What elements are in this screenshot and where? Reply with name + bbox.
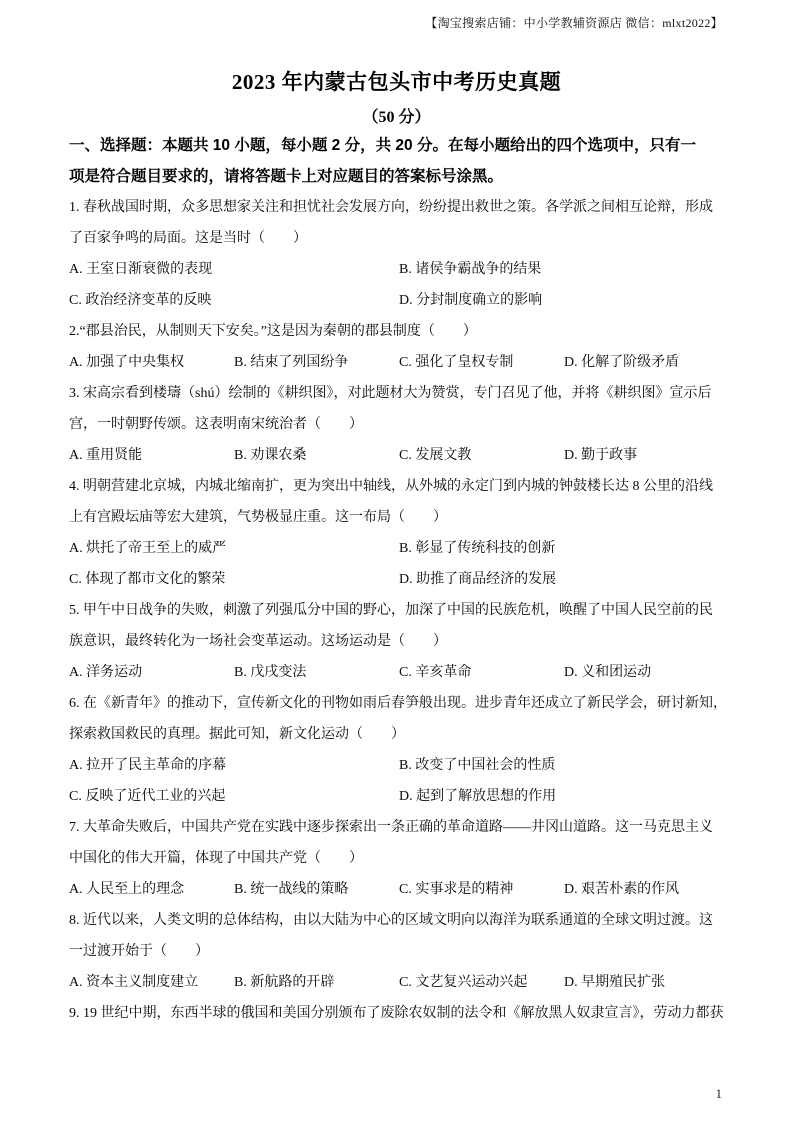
question-4-text-line: 4. 明朝营建北京城，内城北缩南扩，更为突出中轴线，从外城的永定门到内城的钟鼓楼… xyxy=(69,469,729,500)
option-item: B. 统一战线的策略 xyxy=(234,878,399,898)
option-item: B. 改变了中国社会的性质 xyxy=(399,754,729,774)
option-item: D. 艰苦朴素的作风 xyxy=(564,878,729,898)
question-8-text-line: 一过渡开始于（ ） xyxy=(69,934,729,965)
question-5-options-row: A. 洋务运动B. 戊戌变法C. 辛亥革命D. 义和团运动 xyxy=(69,655,729,686)
option-item: A. 洋务运动 xyxy=(69,661,234,681)
question-6-text-line: 探索救国救民的真理。据此可知，新文化运动（ ） xyxy=(69,717,729,748)
question-4-options-row: A. 烘托了帝王至上的威严B. 彰显了传统科技的创新 xyxy=(69,531,729,562)
question-4-options-row: C. 体现了都市文化的繁荣D. 助推了商品经济的发展 xyxy=(69,562,729,593)
option-item: B. 诸侯争霸战争的结果 xyxy=(399,258,729,278)
option-item: C. 体现了都市文化的繁荣 xyxy=(69,568,399,588)
question-3-text-line: 宫，一时朝野传颂。这表明南宋统治者（ ） xyxy=(69,407,729,438)
option-item: C. 辛亥革命 xyxy=(399,661,564,681)
option-item: D. 化解了阶级矛盾 xyxy=(564,351,729,371)
page-title: 2023 年内蒙古包头市中考历史真题 xyxy=(0,66,793,96)
question-8-options-row: A. 资本主义制度建立B. 新航路的开辟C. 文艺复兴运动兴起D. 早期殖民扩张 xyxy=(69,965,729,996)
question-5-text-line: 族意识，最终转化为一场社会变革运动。这场运动是（ ） xyxy=(69,624,729,655)
question-1-text-line: 1. 春秋战国时期，众多思想家关注和担忧社会发展方向，纷纷提出救世之策。各学派之… xyxy=(69,190,729,221)
exam-page: 【淘宝搜索店铺：中小学教辅资源店 微信：mlxt2022】 2023 年内蒙古包… xyxy=(0,0,793,1122)
option-item: A. 拉开了民主革命的序幕 xyxy=(69,754,399,774)
option-item: C. 文艺复兴运动兴起 xyxy=(399,971,564,991)
option-item: C. 反映了近代工业的兴起 xyxy=(69,785,399,805)
option-item: B. 新航路的开辟 xyxy=(234,971,399,991)
question-3-options-row: A. 重用贤能B. 劝课农桑C. 发展文教D. 勤于政事 xyxy=(69,438,729,469)
question-6-options-row: C. 反映了近代工业的兴起D. 起到了解放思想的作用 xyxy=(69,779,729,810)
section-instruction-line: 一、选择题：本题共 10 小题，每小题 2 分，共 20 分。在每小题给出的四个… xyxy=(69,128,729,159)
question-6-options-row: A. 拉开了民主革命的序幕B. 改变了中国社会的性质 xyxy=(69,748,729,779)
question-7-options-row: A. 人民至上的理念B. 统一战线的策略C. 实事求是的精神D. 艰苦朴素的作风 xyxy=(69,872,729,903)
question-1-options-row: C. 政治经济变革的反映D. 分封制度确立的影响 xyxy=(69,283,729,314)
option-item: A. 人民至上的理念 xyxy=(69,878,234,898)
section-instruction-line: 项是符合题目要求的，请将答题卡上对应题目的答案标号涂黑。 xyxy=(69,159,729,190)
option-item: C. 强化了皇权专制 xyxy=(399,351,564,371)
option-item: D. 分封制度确立的影响 xyxy=(399,289,729,309)
option-item: A. 烘托了帝王至上的威严 xyxy=(69,537,399,557)
option-item: D. 助推了商品经济的发展 xyxy=(399,568,729,588)
question-5-text-line: 5. 甲午中日战争的失败，刺激了列强瓜分中国的野心，加深了中国的民族危机，唤醒了… xyxy=(69,593,729,624)
shop-watermark-note: 【淘宝搜索店铺：中小学教辅资源店 微信：mlxt2022】 xyxy=(425,14,723,31)
question-9-text-line: 9. 19 世纪中期，东西半球的俄国和美国分别颁布了废除农奴制的法令和《解放黑人… xyxy=(69,996,729,1027)
question-4-text-line: 上有宫殿坛庙等宏大建筑，气势极显庄重。这一布局（ ） xyxy=(69,500,729,531)
option-item: A. 王室日渐衰微的表现 xyxy=(69,258,399,278)
exam-body: 一、选择题：本题共 10 小题，每小题 2 分，共 20 分。在每小题给出的四个… xyxy=(69,128,729,1027)
option-item: D. 起到了解放思想的作用 xyxy=(399,785,729,805)
question-2-text-line: 2.“郡县治民，从制则天下安矣。”这是因为秦朝的郡县制度（ ） xyxy=(69,314,729,345)
page-number: 1 xyxy=(716,1086,723,1102)
option-item: C. 发展文教 xyxy=(399,444,564,464)
question-7-text-line: 7. 大革命失败后，中国共产党在实践中逐步探索出一条正确的革命道路——井冈山道路… xyxy=(69,810,729,841)
option-item: C. 政治经济变革的反映 xyxy=(69,289,399,309)
total-score-label: （50 分） xyxy=(0,104,793,127)
question-6-text-line: 6. 在《新青年》的推动下，宣传新文化的刊物如雨后春笋般出现。进步青年还成立了新… xyxy=(69,686,729,717)
option-item: D. 早期殖民扩张 xyxy=(564,971,729,991)
option-item: B. 戊戌变法 xyxy=(234,661,399,681)
question-8-text-line: 8. 近代以来，人类文明的总体结构，由以大陆为中心的区域文明向以海洋为联系通道的… xyxy=(69,903,729,934)
question-2-options-row: A. 加强了中央集权B. 结束了列国纷争C. 强化了皇权专制D. 化解了阶级矛盾 xyxy=(69,345,729,376)
option-item: B. 劝课农桑 xyxy=(234,444,399,464)
option-item: A. 重用贤能 xyxy=(69,444,234,464)
option-item: A. 加强了中央集权 xyxy=(69,351,234,371)
question-1-options-row: A. 王室日渐衰微的表现B. 诸侯争霸战争的结果 xyxy=(69,252,729,283)
question-7-text-line: 中国化的伟大开篇，体现了中国共产党（ ） xyxy=(69,841,729,872)
question-3-text-line: 3. 宋高宗看到楼璹（shú）绘制的《耕织图》，对此题材大为赞赏，专门召见了他，… xyxy=(69,376,729,407)
option-item: C. 实事求是的精神 xyxy=(399,878,564,898)
option-item: B. 彰显了传统科技的创新 xyxy=(399,537,729,557)
question-1-text-line: 了百家争鸣的局面。这是当时（ ） xyxy=(69,221,729,252)
option-item: D. 勤于政事 xyxy=(564,444,729,464)
option-item: D. 义和团运动 xyxy=(564,661,729,681)
option-item: B. 结束了列国纷争 xyxy=(234,351,399,371)
option-item: A. 资本主义制度建立 xyxy=(69,971,234,991)
